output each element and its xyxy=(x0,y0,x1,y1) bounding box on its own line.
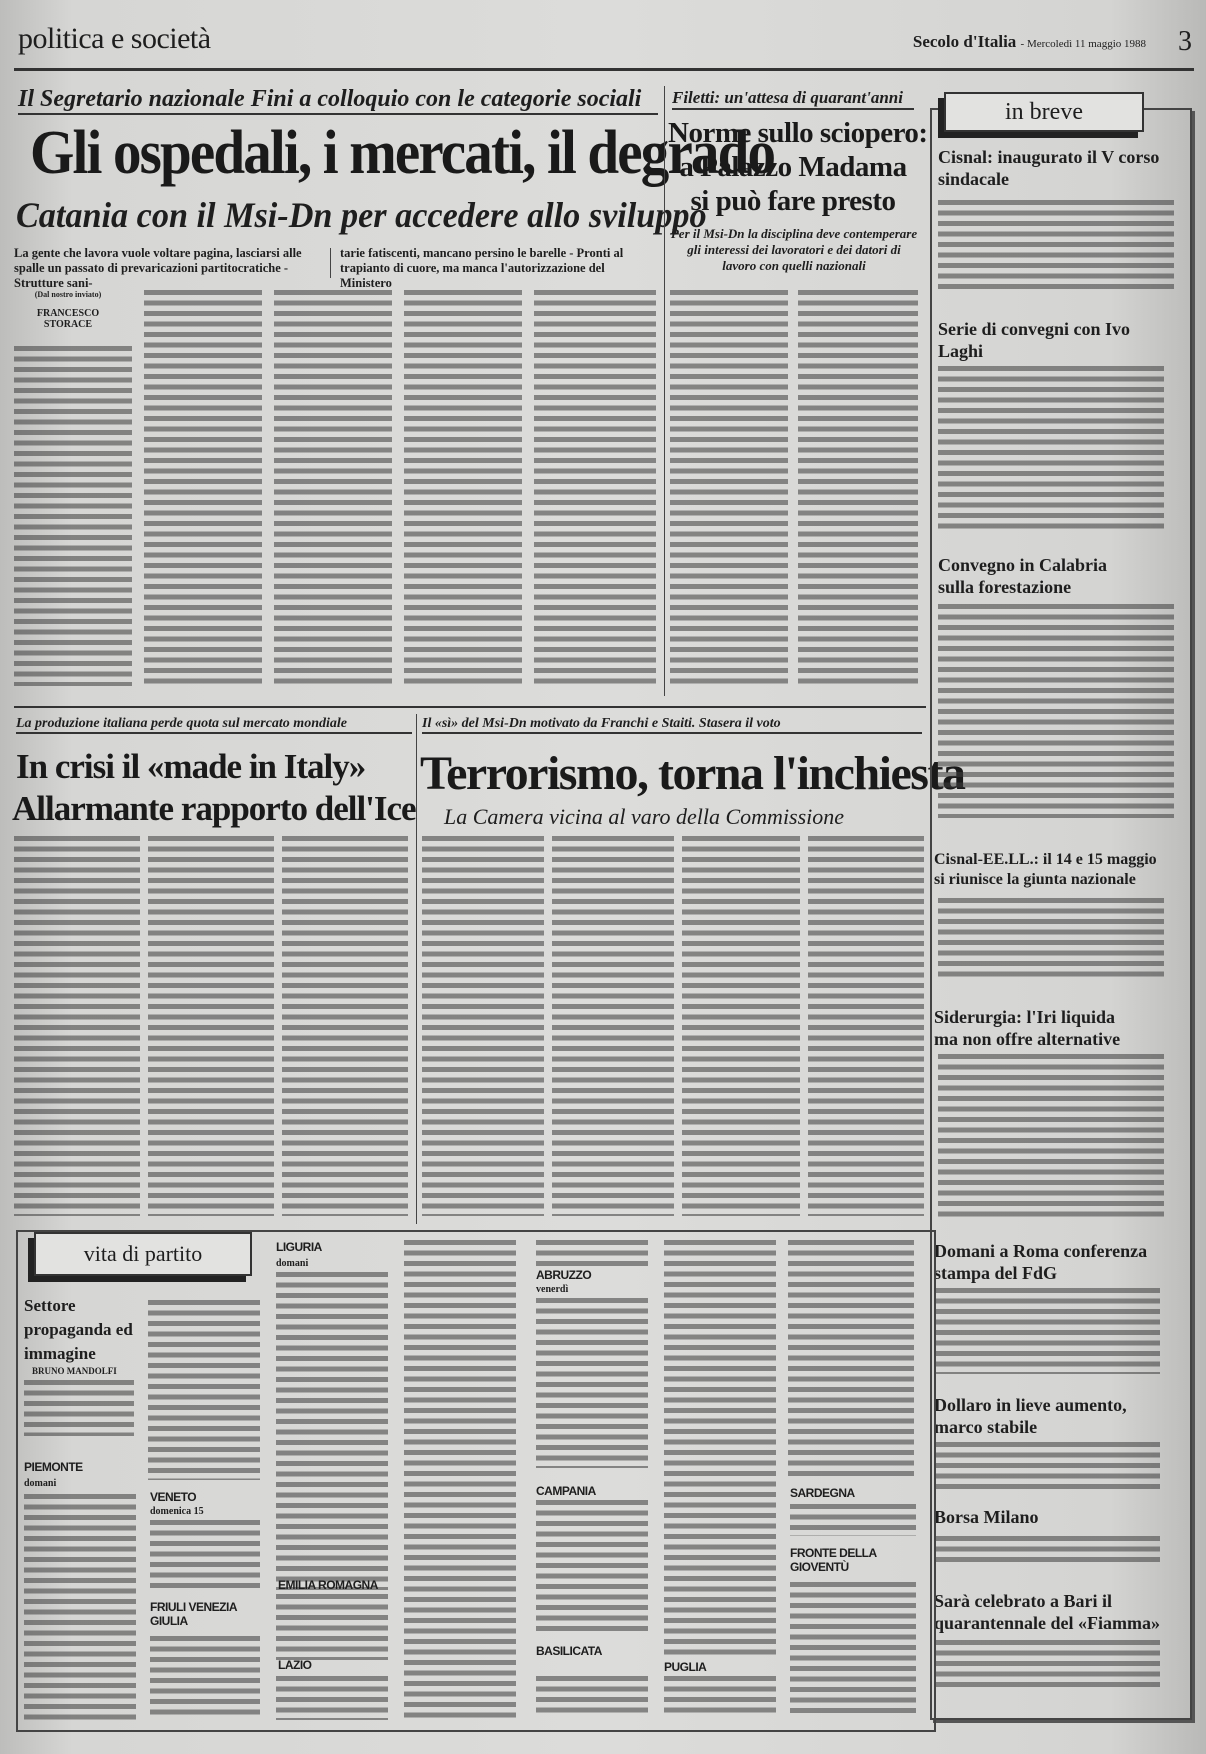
page-number: 3 xyxy=(1178,26,1192,58)
region-heading: BASILICATA xyxy=(536,1644,602,1658)
vita-text xyxy=(276,1676,388,1720)
vita-text xyxy=(664,1676,776,1718)
article-column xyxy=(552,836,674,1216)
fourth-headline: Terrorismo, torna l'inchiesta xyxy=(420,746,964,802)
author-byline: FRANCESCO STORACE xyxy=(28,308,108,330)
article-column xyxy=(14,836,140,1216)
region-heading: VENETO xyxy=(150,1490,196,1504)
dateline-note: (Dal nostro inviato) xyxy=(18,290,118,299)
vita-text xyxy=(536,1676,648,1716)
region-heading: SARDEGNA xyxy=(790,1486,855,1500)
vita-feature-author: BRUNO MANDOLFI xyxy=(32,1366,117,1376)
region-heading: FRONTE DELLA GIOVENTÙ xyxy=(790,1546,900,1574)
region-heading: PIEMONTE xyxy=(24,1460,83,1474)
region-heading: ABRUZZO xyxy=(536,1268,591,1282)
vita-text xyxy=(24,1380,134,1436)
fourth-kicker: Il «sì» del Msi-Dn motivato da Franchi e… xyxy=(422,716,922,734)
newspaper-page: politica e società Secolo d'Italia - Mer… xyxy=(0,0,1206,1754)
vita-text xyxy=(276,1594,388,1660)
main-deck-left: La gente che lavora vuole voltare pagina… xyxy=(14,246,322,291)
vita-di-partito-title: vita di partito xyxy=(34,1232,252,1276)
vita-text xyxy=(536,1500,648,1636)
breve-text xyxy=(934,1536,1160,1566)
breve-text xyxy=(938,604,1174,818)
vita-text xyxy=(276,1272,388,1590)
vita-text xyxy=(150,1520,260,1590)
article-column xyxy=(404,290,522,686)
fourth-subheadline: La Camera vicina al varo della Commissio… xyxy=(444,804,844,830)
article-column xyxy=(282,836,408,1216)
day-label: venerdì xyxy=(536,1284,568,1295)
vita-feature-headline: Settore propaganda ed immagine xyxy=(24,1294,144,1366)
third-headline-line2: Allarmante rapporto dell'Ice xyxy=(12,788,416,830)
main-deck-right: tarie fatiscenti, mancano persino le bar… xyxy=(340,246,658,291)
breve-headline: Domani a Roma conferenza stampa del FdG xyxy=(934,1240,1154,1284)
breve-headline: Convegno in Calabria sulla forestazione xyxy=(938,554,1138,598)
main-kicker: Il Segretario nazionale Fini a colloquio… xyxy=(18,86,658,115)
column-divider xyxy=(664,86,665,696)
third-kicker: La produzione italiana perde quota sul m… xyxy=(16,716,412,734)
breve-headline: Sarà celebrato a Bari il quarantennale d… xyxy=(934,1590,1170,1634)
breve-headline: Dollaro in lieve aumento, marco stabile xyxy=(934,1394,1134,1438)
vita-text xyxy=(788,1240,914,1480)
region-heading: PUGLIA xyxy=(664,1660,706,1674)
article-column xyxy=(274,290,392,686)
section-rule xyxy=(14,706,926,708)
breve-headline: Siderurgia: l'Iri liquida ma non offre a… xyxy=(934,1006,1134,1050)
article-column xyxy=(534,290,656,686)
breve-headline: Cisnal: inaugurato il V corso sindacale xyxy=(938,146,1178,190)
region-heading: LIGURIA xyxy=(276,1240,322,1254)
breve-text xyxy=(938,366,1164,532)
article-column xyxy=(144,290,262,686)
day-label: domani xyxy=(276,1258,308,1269)
issue-date: - Mercoledì 11 maggio 1988 xyxy=(1021,38,1146,50)
vita-text xyxy=(24,1494,136,1720)
vita-text xyxy=(404,1240,516,1720)
main-subheadline: Catania con il Msi-Dn per accedere allo … xyxy=(16,194,707,236)
article-column xyxy=(148,836,274,1216)
vita-text xyxy=(150,1636,260,1720)
in-breve-title: in breve xyxy=(944,92,1144,132)
second-subheadline: Per il Msi-Dn la disciplina deve contemp… xyxy=(670,226,918,274)
header-rule xyxy=(14,68,1194,71)
region-heading: FRIULI VENEZIA GIULIA xyxy=(150,1600,260,1628)
day-label: domenica 15 xyxy=(150,1506,204,1517)
breve-text xyxy=(938,898,1164,980)
breve-headline: Serie di convegni con Ivo Laghi xyxy=(938,318,1138,362)
region-heading: CAMPANIA xyxy=(536,1484,596,1498)
column-divider xyxy=(416,714,417,1224)
vita-text xyxy=(536,1240,648,1270)
second-headline: Norme sullo sciopero: a Palazzo Madama s… xyxy=(668,116,918,218)
newspaper-name: Secolo d'Italia xyxy=(913,32,1016,51)
vita-text xyxy=(536,1298,648,1468)
region-heading: LAZIO xyxy=(278,1658,312,1672)
article-column xyxy=(798,290,918,686)
vita-text xyxy=(790,1504,916,1536)
region-heading: EMILIA ROMAGNA xyxy=(278,1578,378,1592)
article-column xyxy=(670,290,788,686)
day-label: domani xyxy=(24,1478,56,1489)
third-headline-line1: In crisi il «made in Italy» xyxy=(16,746,365,788)
breve-text xyxy=(938,200,1174,290)
article-column xyxy=(808,836,924,1216)
section-title: politica e società xyxy=(18,22,211,56)
main-headline: Gli ospedali, i mercati, il degrado xyxy=(30,118,774,189)
breve-text xyxy=(934,1640,1160,1692)
vita-text xyxy=(664,1240,776,1660)
article-column xyxy=(682,836,800,1216)
vita-text xyxy=(790,1582,916,1716)
breve-headline: Cisnal-EE.LL.: il 14 e 15 maggio si riun… xyxy=(934,850,1170,890)
masthead: Secolo d'Italia - Mercoledì 11 maggio 19… xyxy=(913,32,1146,52)
breve-headline: Borsa Milano xyxy=(934,1506,1134,1528)
breve-text xyxy=(934,1288,1160,1374)
breve-text xyxy=(938,1054,1164,1222)
deck-divider xyxy=(330,248,331,278)
vita-text xyxy=(148,1300,260,1480)
article-column xyxy=(422,836,544,1216)
article-column xyxy=(14,346,132,686)
second-kicker: Filetti: un'attesa di quarant'anni xyxy=(672,88,914,110)
breve-text xyxy=(934,1442,1160,1494)
